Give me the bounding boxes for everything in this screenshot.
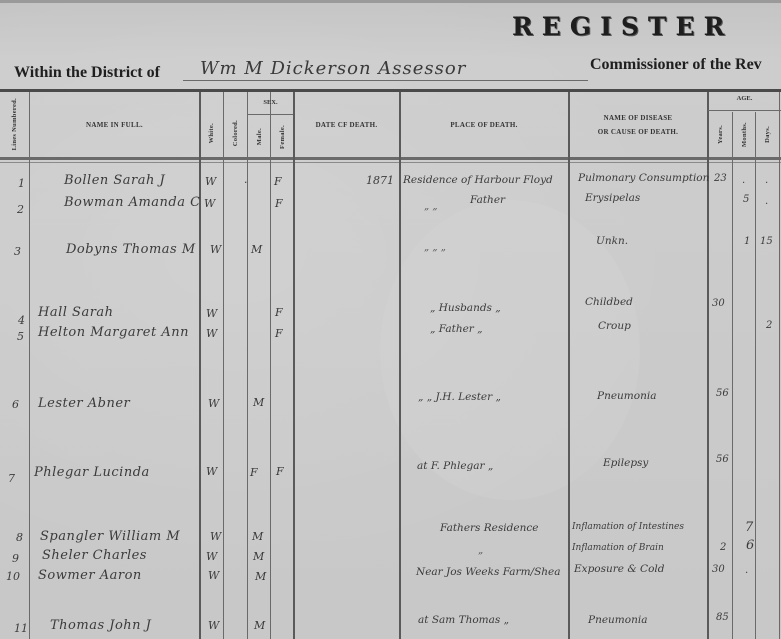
header-white: White. bbox=[200, 110, 223, 157]
row-months: . bbox=[745, 565, 748, 576]
row-cause: Croup bbox=[598, 320, 631, 332]
row-months: 6 bbox=[746, 538, 754, 553]
row-cause: Childbed bbox=[585, 296, 633, 308]
header-sex: SEX. bbox=[248, 99, 293, 106]
row-years: 23 bbox=[714, 173, 727, 184]
row-name: Spangler William M bbox=[40, 529, 180, 544]
header-female-text: Female. bbox=[279, 125, 286, 149]
row-female: F bbox=[275, 197, 283, 210]
header-bottom-rule-thin bbox=[0, 162, 781, 163]
header-name: NAME IN FULL. bbox=[30, 92, 199, 157]
column-divider bbox=[293, 92, 295, 639]
row-white: W bbox=[210, 530, 221, 543]
column-divider bbox=[755, 112, 756, 639]
row-male: M bbox=[253, 550, 264, 563]
row-white: W bbox=[206, 465, 217, 478]
row-name: Thomas John J bbox=[50, 618, 151, 633]
row-number: 9 bbox=[12, 552, 19, 565]
row-place: at Sam Thomas „ bbox=[418, 614, 509, 626]
row-female: F bbox=[274, 175, 282, 188]
row-name: Phlegar Lucinda bbox=[34, 465, 150, 480]
row-female: F bbox=[275, 306, 283, 319]
header-age: AGE. bbox=[708, 95, 781, 102]
header-years-text: Years. bbox=[717, 125, 724, 144]
row-name: Bowman Amanda C bbox=[64, 195, 201, 210]
row-white: W bbox=[206, 550, 217, 563]
row-place: „ bbox=[478, 545, 483, 556]
row-cause: Epilepsy bbox=[603, 457, 648, 469]
row-number: 11 bbox=[14, 622, 28, 635]
row-white: W bbox=[208, 569, 219, 582]
row-years: 56 bbox=[716, 388, 729, 399]
row-cause: Unkn. bbox=[596, 235, 628, 247]
commissioner-label: Commissioner of the Rev bbox=[590, 56, 762, 74]
age-subheader-rule bbox=[708, 110, 781, 111]
row-female: F bbox=[276, 465, 284, 478]
row-name: Dobyns Thomas M bbox=[66, 242, 196, 257]
row-date: 1871 bbox=[366, 174, 394, 187]
row-cause: Erysipelas bbox=[585, 192, 640, 204]
row-months: 1 bbox=[744, 236, 750, 247]
header-line-number-text: Lines Numbered. bbox=[11, 98, 18, 150]
row-name: Sowmer Aaron bbox=[38, 568, 142, 583]
row-male: M bbox=[255, 570, 266, 583]
row-months: . bbox=[742, 175, 745, 186]
district-underline bbox=[183, 80, 588, 81]
row-days: 2 bbox=[766, 320, 772, 331]
row-cause: Pneumonia bbox=[588, 614, 647, 626]
column-divider bbox=[399, 92, 401, 639]
row-white: W bbox=[208, 397, 219, 410]
header-cause-line2: OR CAUSE OF DEATH. bbox=[598, 128, 678, 136]
column-divider bbox=[29, 92, 30, 639]
row-years: 30 bbox=[712, 298, 725, 309]
row-male: M bbox=[251, 243, 262, 256]
row-place-ditto: „ „ bbox=[424, 201, 438, 212]
row-place: at F. Phlegar „ bbox=[417, 460, 493, 472]
row-white: W bbox=[206, 307, 217, 320]
header-days-text: Days. bbox=[764, 126, 771, 143]
row-white: W bbox=[208, 619, 219, 632]
row-cause: Inflamation of Brain bbox=[572, 543, 664, 553]
row-number: 4 bbox=[18, 314, 25, 327]
row-years: 30 bbox=[712, 564, 725, 575]
column-divider bbox=[270, 92, 271, 639]
row-number: 7 bbox=[8, 472, 15, 485]
row-number: 8 bbox=[16, 531, 23, 544]
row-place: „ „ „ bbox=[424, 242, 446, 253]
row-name: Sheler Charles bbox=[42, 548, 147, 563]
header-bottom-rule bbox=[0, 157, 781, 160]
row-white: W bbox=[206, 327, 217, 340]
header-colored: Colored. bbox=[224, 110, 247, 157]
header-male-text: Male. bbox=[256, 128, 263, 145]
header-date: DATE CF DEATH. bbox=[294, 92, 399, 157]
row-place: Near Jos Weeks Farm/Shea bbox=[416, 566, 561, 578]
row-place: Fathers Residence bbox=[440, 522, 538, 534]
row-place: Father bbox=[470, 194, 505, 206]
header-male: Male. bbox=[248, 116, 270, 157]
row-white: W bbox=[204, 197, 215, 210]
header-months-text: Months. bbox=[741, 122, 748, 147]
header-female: Female. bbox=[271, 116, 293, 157]
header-days: Days. bbox=[756, 112, 779, 157]
row-months: 5 bbox=[743, 194, 749, 205]
header-white-text: White. bbox=[208, 123, 215, 143]
row-white: W bbox=[210, 243, 221, 256]
row-number: 6 bbox=[12, 398, 19, 411]
row-number: 5 bbox=[17, 330, 24, 343]
header-line-number: Lines Numbered. bbox=[0, 92, 29, 157]
header-cause: NAME OF DISEASE OR CAUSE OF DEATH. bbox=[569, 92, 707, 157]
row-years: 56 bbox=[716, 454, 729, 465]
district-value: Wm M Dickerson Assessor bbox=[200, 58, 466, 79]
row-cause: Pulmonary Consumption bbox=[578, 172, 709, 184]
row-colored: . bbox=[244, 173, 248, 186]
row-male: M bbox=[254, 619, 265, 632]
column-divider bbox=[199, 92, 201, 639]
column-divider bbox=[568, 92, 570, 639]
header-place: PLACE OF DEATH. bbox=[400, 92, 568, 157]
row-place: „ Father „ bbox=[430, 323, 483, 335]
row-number: 10 bbox=[6, 570, 20, 583]
row-number: 2 bbox=[17, 203, 24, 216]
row-months: 7 bbox=[745, 520, 753, 535]
row-name: Bollen Sarah J bbox=[64, 173, 165, 188]
row-place: „ „ J.H. Lester „ bbox=[418, 391, 501, 403]
header-colored-text: Colored. bbox=[232, 120, 239, 146]
row-number: 1 bbox=[18, 177, 25, 190]
row-days: . bbox=[765, 175, 768, 186]
column-divider bbox=[732, 112, 733, 639]
row-years: 85 bbox=[716, 612, 729, 623]
district-label: Within the District of bbox=[14, 64, 160, 82]
row-years: 2 bbox=[720, 542, 726, 553]
row-male: M bbox=[252, 530, 263, 543]
row-days: 15 bbox=[760, 236, 773, 247]
row-cause: Inflamation of Intestines bbox=[572, 522, 684, 532]
row-name: Helton Margaret Ann bbox=[38, 325, 189, 340]
header-months: Months. bbox=[733, 112, 755, 157]
row-place: „ Husbands „ bbox=[430, 302, 501, 314]
column-divider bbox=[779, 92, 780, 639]
row-place: Residence of Harbour Floyd bbox=[403, 174, 553, 186]
header-years: Years. bbox=[708, 112, 732, 157]
page-top-edge bbox=[0, 0, 781, 3]
row-number: 3 bbox=[14, 245, 21, 258]
row-cause: Exposure & Cold bbox=[574, 563, 664, 575]
row-female: F bbox=[275, 327, 283, 340]
register-title: REGISTER bbox=[512, 12, 733, 41]
column-divider bbox=[223, 92, 224, 639]
row-name: Lester Abner bbox=[38, 396, 130, 411]
row-cause: Pneumonia bbox=[597, 390, 656, 402]
header-cause-line1: NAME OF DISEASE bbox=[604, 114, 673, 122]
row-name: Hall Sarah bbox=[38, 305, 114, 320]
row-days: . bbox=[765, 196, 768, 207]
row-male: F bbox=[250, 466, 258, 479]
row-male: M bbox=[253, 396, 264, 409]
row-white: W bbox=[205, 175, 216, 188]
